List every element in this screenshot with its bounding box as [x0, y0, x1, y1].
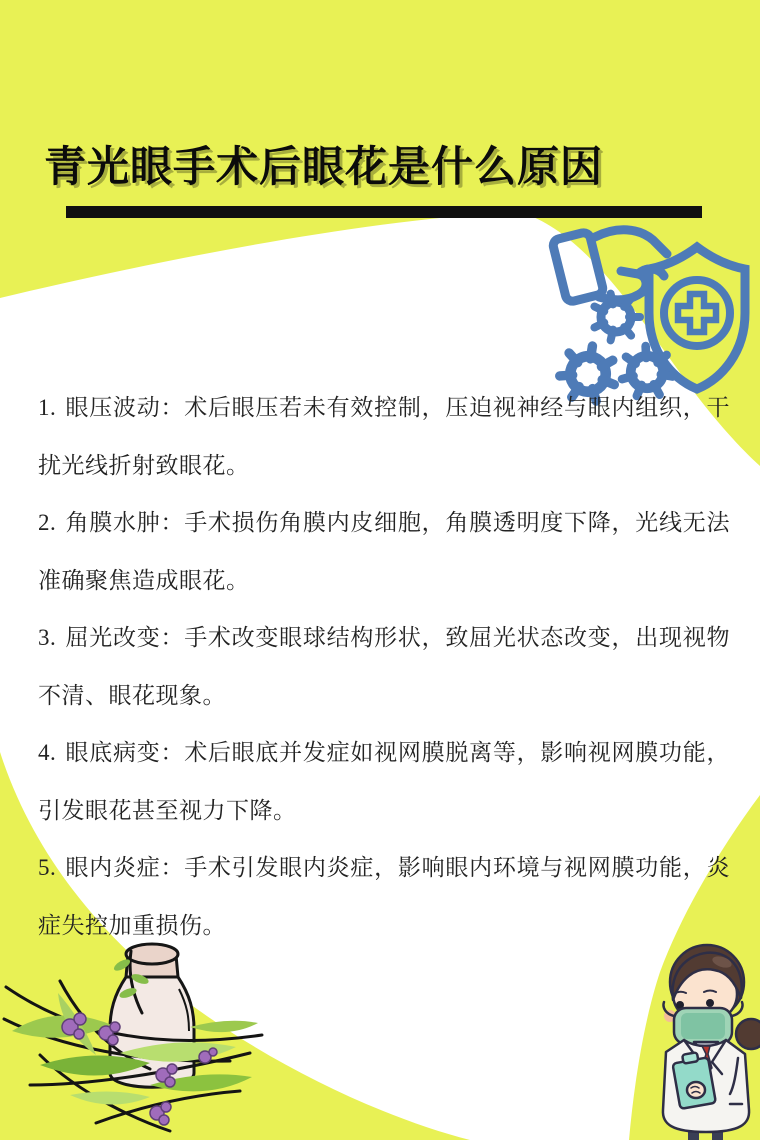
herbs-and-bottle-illustration — [0, 935, 270, 1140]
cause-number: 2. — [38, 510, 56, 535]
cause-number: 5. — [38, 855, 56, 880]
cause-number: 3. — [38, 625, 56, 650]
cause-text: 角膜水肿：手术损伤角膜内皮细胞，角膜透明度下降，光线无法准确聚焦造成眼花。 — [38, 509, 730, 593]
cause-number: 1. — [38, 395, 56, 420]
cause-item-3: 3.屈光改变：手术改变眼球结构形状，致屈光状态改变，出现视物不清、眼花现象。 — [38, 609, 730, 724]
cause-item-4: 4.眼底病变：术后眼底并发症如视网膜脱离等，影响视网膜功能，引发眼花甚至视力下降… — [38, 724, 730, 839]
cause-item-2: 2.角膜水肿：手术损伤角膜内皮细胞，角膜透明度下降，光线无法准确聚焦造成眼花。 — [38, 494, 730, 609]
page-title: 青光眼手术后眼花是什么原因 — [44, 134, 603, 194]
causes-list: 1.眼压波动：术后眼压若未有效控制，压迫视神经与眼内组织，干扰光线折射致眼花。 … — [38, 379, 730, 954]
doctor-hair-bun — [736, 1019, 760, 1049]
infographic-page: 青光眼手术后眼花是什么原因 — [0, 0, 760, 1140]
cause-text: 眼底病变：术后眼底并发症如视网膜脱离等，影响视网膜功能，引发眼花甚至视力下降。 — [38, 739, 730, 823]
cause-text: 眼内炎症：手术引发眼内炎症，影响眼内环境与视网膜功能，炎症失控加重损伤。 — [38, 854, 730, 938]
doctor-hand — [687, 1082, 705, 1098]
hand-cuff-icon — [552, 231, 604, 302]
doctor-illustration — [650, 942, 760, 1140]
cause-item-1: 1.眼压波动：术后眼压若未有效控制，压迫视神经与眼内组织，干扰光线折射致眼花。 — [38, 379, 730, 494]
cause-number: 4. — [38, 740, 56, 765]
doctor-eye — [706, 999, 714, 1007]
cause-text: 屈光改变：手术改变眼球结构形状，致屈光状态改变，出现视物不清、眼花现象。 — [38, 624, 730, 708]
cause-text: 眼压波动：术后眼压若未有效控制，压迫视神经与眼内组织，干扰光线折射致眼花。 — [38, 394, 730, 478]
